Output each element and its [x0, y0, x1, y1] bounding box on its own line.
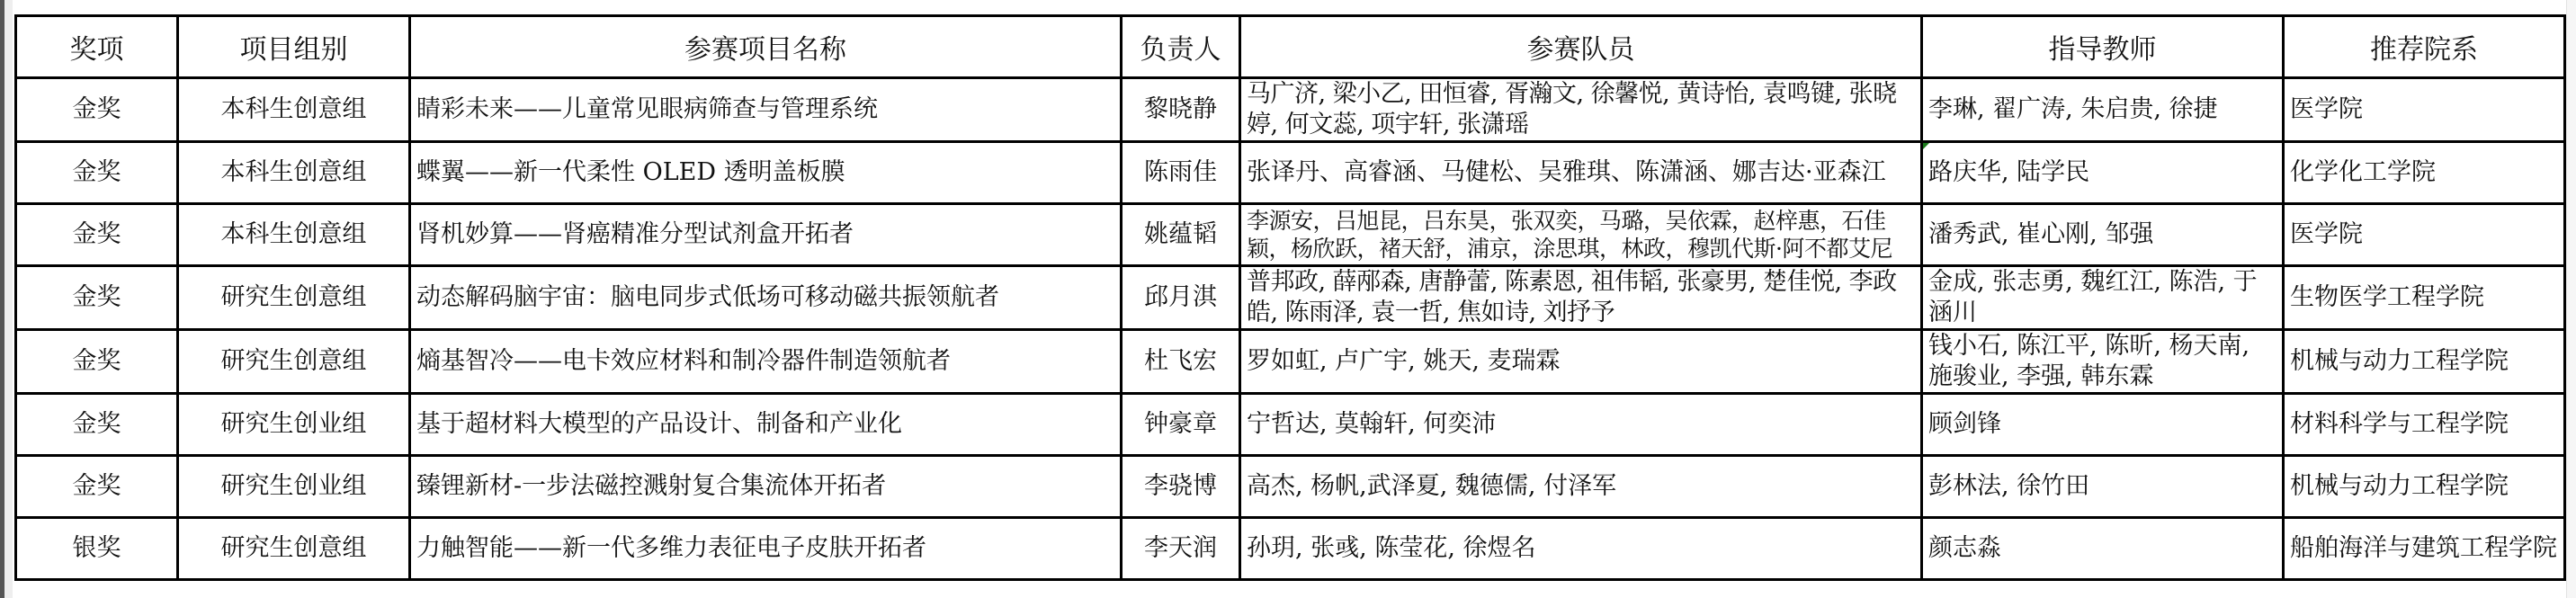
leader-cell[interactable]: 邱月淇	[1122, 266, 1240, 330]
advisors-cell[interactable]: 李琳, 翟广涛, 朱启贵, 徐捷	[1922, 78, 2284, 142]
project-cell[interactable]: 动态解码脑宇宙：脑电同步式低场可移动磁共振领航者	[410, 266, 1122, 330]
advisors-cell[interactable]: 钱小石, 陈江平, 陈昕, 杨天南, 施骏业, 李强, 韩东霖	[1922, 330, 2284, 394]
group-cell[interactable]: 研究生创意组	[178, 330, 410, 394]
members-cell[interactable]: 李源安，吕旭昆，吕东昊，张双奕，马璐，吴依霖，赵梓惠，石佳颖，杨欣跃，褚天舒，浦…	[1240, 204, 1922, 266]
header-leader[interactable]: 负责人	[1122, 16, 1240, 78]
award-cell[interactable]: 银奖	[16, 518, 178, 580]
advisors-cell[interactable]: 潘秀武, 崔心刚, 邹强	[1922, 204, 2284, 266]
advisors-cell[interactable]: 金成, 张志勇, 魏红江, 陈浩, 于涵川	[1922, 266, 2284, 330]
award-cell[interactable]: 金奖	[16, 78, 178, 142]
members-cell[interactable]: 马广济, 梁小乙, 田恒睿, 胥瀚文, 徐馨悦, 黄诗怡, 袁鸣键, 张晓婷, …	[1240, 78, 1922, 142]
header-group[interactable]: 项目组别	[178, 16, 410, 78]
leader-cell[interactable]: 钟豪章	[1122, 394, 1240, 456]
group-cell[interactable]: 本科生创意组	[178, 78, 410, 142]
advisors-cell[interactable]: 彭林法, 徐竹田	[1922, 456, 2284, 518]
project-cell[interactable]: 肾机妙算——肾癌精准分型试剂盒开拓者	[410, 204, 1122, 266]
header-row: 奖项 项目组别 参赛项目名称 负责人 参赛队员 指导教师 推荐院系	[16, 16, 2565, 78]
department-cell[interactable]: 医学院	[2284, 78, 2565, 142]
award-cell[interactable]: 金奖	[16, 266, 178, 330]
department-cell[interactable]: 化学化工学院	[2284, 142, 2565, 204]
group-cell[interactable]: 研究生创意组	[178, 518, 410, 580]
group-cell[interactable]: 研究生创业组	[178, 456, 410, 518]
award-cell[interactable]: 金奖	[16, 142, 178, 204]
advisors-cell[interactable]: 路庆华, 陆学民	[1922, 142, 2284, 204]
members-cell[interactable]: 罗如虹, 卢广宇, 姚天, 麦瑞霖	[1240, 330, 1922, 394]
table-row: 金奖 研究生创业组 基于超材料大模型的产品设计、制备和产业化 钟豪章 宁哲达, …	[16, 394, 2565, 456]
project-cell[interactable]: 基于超材料大模型的产品设计、制备和产业化	[410, 394, 1122, 456]
department-cell[interactable]: 机械与动力工程学院	[2284, 330, 2565, 394]
table-row: 金奖 本科生创意组 睛彩未来——儿童常见眼病筛查与管理系统 黎晓静 马广济, 梁…	[16, 78, 2565, 142]
project-cell[interactable]: 熵基智冷——电卡效应材料和制冷器件制造领航者	[410, 330, 1122, 394]
header-award[interactable]: 奖项	[16, 16, 178, 78]
table-row: 金奖 研究生创意组 熵基智冷——电卡效应材料和制冷器件制造领航者 杜飞宏 罗如虹…	[16, 330, 2565, 394]
advisors-cell[interactable]: 颜志淼	[1922, 518, 2284, 580]
project-cell[interactable]: 力触智能——新一代多维力表征电子皮肤开拓者	[410, 518, 1122, 580]
award-cell[interactable]: 金奖	[16, 330, 178, 394]
header-project[interactable]: 参赛项目名称	[410, 16, 1122, 78]
department-cell[interactable]: 材料科学与工程学院	[2284, 394, 2565, 456]
advisors-cell[interactable]: 顾剑锋	[1922, 394, 2284, 456]
group-cell[interactable]: 本科生创意组	[178, 142, 410, 204]
adjacent-empty-column	[2566, 0, 2576, 598]
table-row: 金奖 研究生创业组 臻锂新材-一步法磁控溅射复合集流体开拓者 李骁博 高杰, 杨…	[16, 456, 2565, 518]
header-advisors[interactable]: 指导教师	[1922, 16, 2284, 78]
leader-cell[interactable]: 黎晓静	[1122, 78, 1240, 142]
leader-cell[interactable]: 李天润	[1122, 518, 1240, 580]
members-cell[interactable]: 高杰, 杨帆,武泽夏, 魏德儒, 付泽军	[1240, 456, 1922, 518]
header-members[interactable]: 参赛队员	[1240, 16, 1922, 78]
award-cell[interactable]: 金奖	[16, 456, 178, 518]
table-row: 金奖 本科生创意组 肾机妙算——肾癌精准分型试剂盒开拓者 姚蕴韬 李源安，吕旭昆…	[16, 204, 2565, 266]
members-cell[interactable]: 张译丹、高睿涵、马健松、吴雅琪、陈潇涵、娜吉达·亚森江	[1240, 142, 1922, 204]
members-cell[interactable]: 孙玥, 张彧, 陈莹花, 徐煜名	[1240, 518, 1922, 580]
leader-cell[interactable]: 李骁博	[1122, 456, 1240, 518]
award-cell[interactable]: 金奖	[16, 394, 178, 456]
table-row: 金奖 研究生创意组 动态解码脑宇宙：脑电同步式低场可移动磁共振领航者 邱月淇 普…	[16, 266, 2565, 330]
leader-cell[interactable]: 杜飞宏	[1122, 330, 1240, 394]
department-cell[interactable]: 机械与动力工程学院	[2284, 456, 2565, 518]
table-row: 银奖 研究生创意组 力触智能——新一代多维力表征电子皮肤开拓者 李天润 孙玥, …	[16, 518, 2565, 580]
leader-cell[interactable]: 姚蕴韬	[1122, 204, 1240, 266]
department-cell[interactable]: 医学院	[2284, 204, 2565, 266]
group-cell[interactable]: 研究生创业组	[178, 394, 410, 456]
project-cell[interactable]: 睛彩未来——儿童常见眼病筛查与管理系统	[410, 78, 1122, 142]
group-cell[interactable]: 研究生创意组	[178, 266, 410, 330]
awards-table: 奖项 项目组别 参赛项目名称 负责人 参赛队员 指导教师 推荐院系 金奖 本科生…	[14, 14, 2566, 581]
members-cell[interactable]: 普邦政, 薛邴森, 唐静蕾, 陈素恩, 祖伟韬, 张豪男, 楚佳悦, 李政皓, …	[1240, 266, 1922, 330]
header-department[interactable]: 推荐院系	[2284, 16, 2565, 78]
award-cell[interactable]: 金奖	[16, 204, 178, 266]
row-header-strip	[4, 0, 13, 598]
department-cell[interactable]: 生物医学工程学院	[2284, 266, 2565, 330]
members-cell[interactable]: 宁哲达, 莫翰轩, 何奕沛	[1240, 394, 1922, 456]
leader-cell[interactable]: 陈雨佳	[1122, 142, 1240, 204]
table-row: 金奖 本科生创意组 蝶翼——新一代柔性 OLED 透明盖板膜 陈雨佳 张译丹、高…	[16, 142, 2565, 204]
group-cell[interactable]: 本科生创意组	[178, 204, 410, 266]
department-cell[interactable]: 船舶海洋与建筑工程学院	[2284, 518, 2565, 580]
project-cell[interactable]: 臻锂新材-一步法磁控溅射复合集流体开拓者	[410, 456, 1122, 518]
project-cell[interactable]: 蝶翼——新一代柔性 OLED 透明盖板膜	[410, 142, 1122, 204]
